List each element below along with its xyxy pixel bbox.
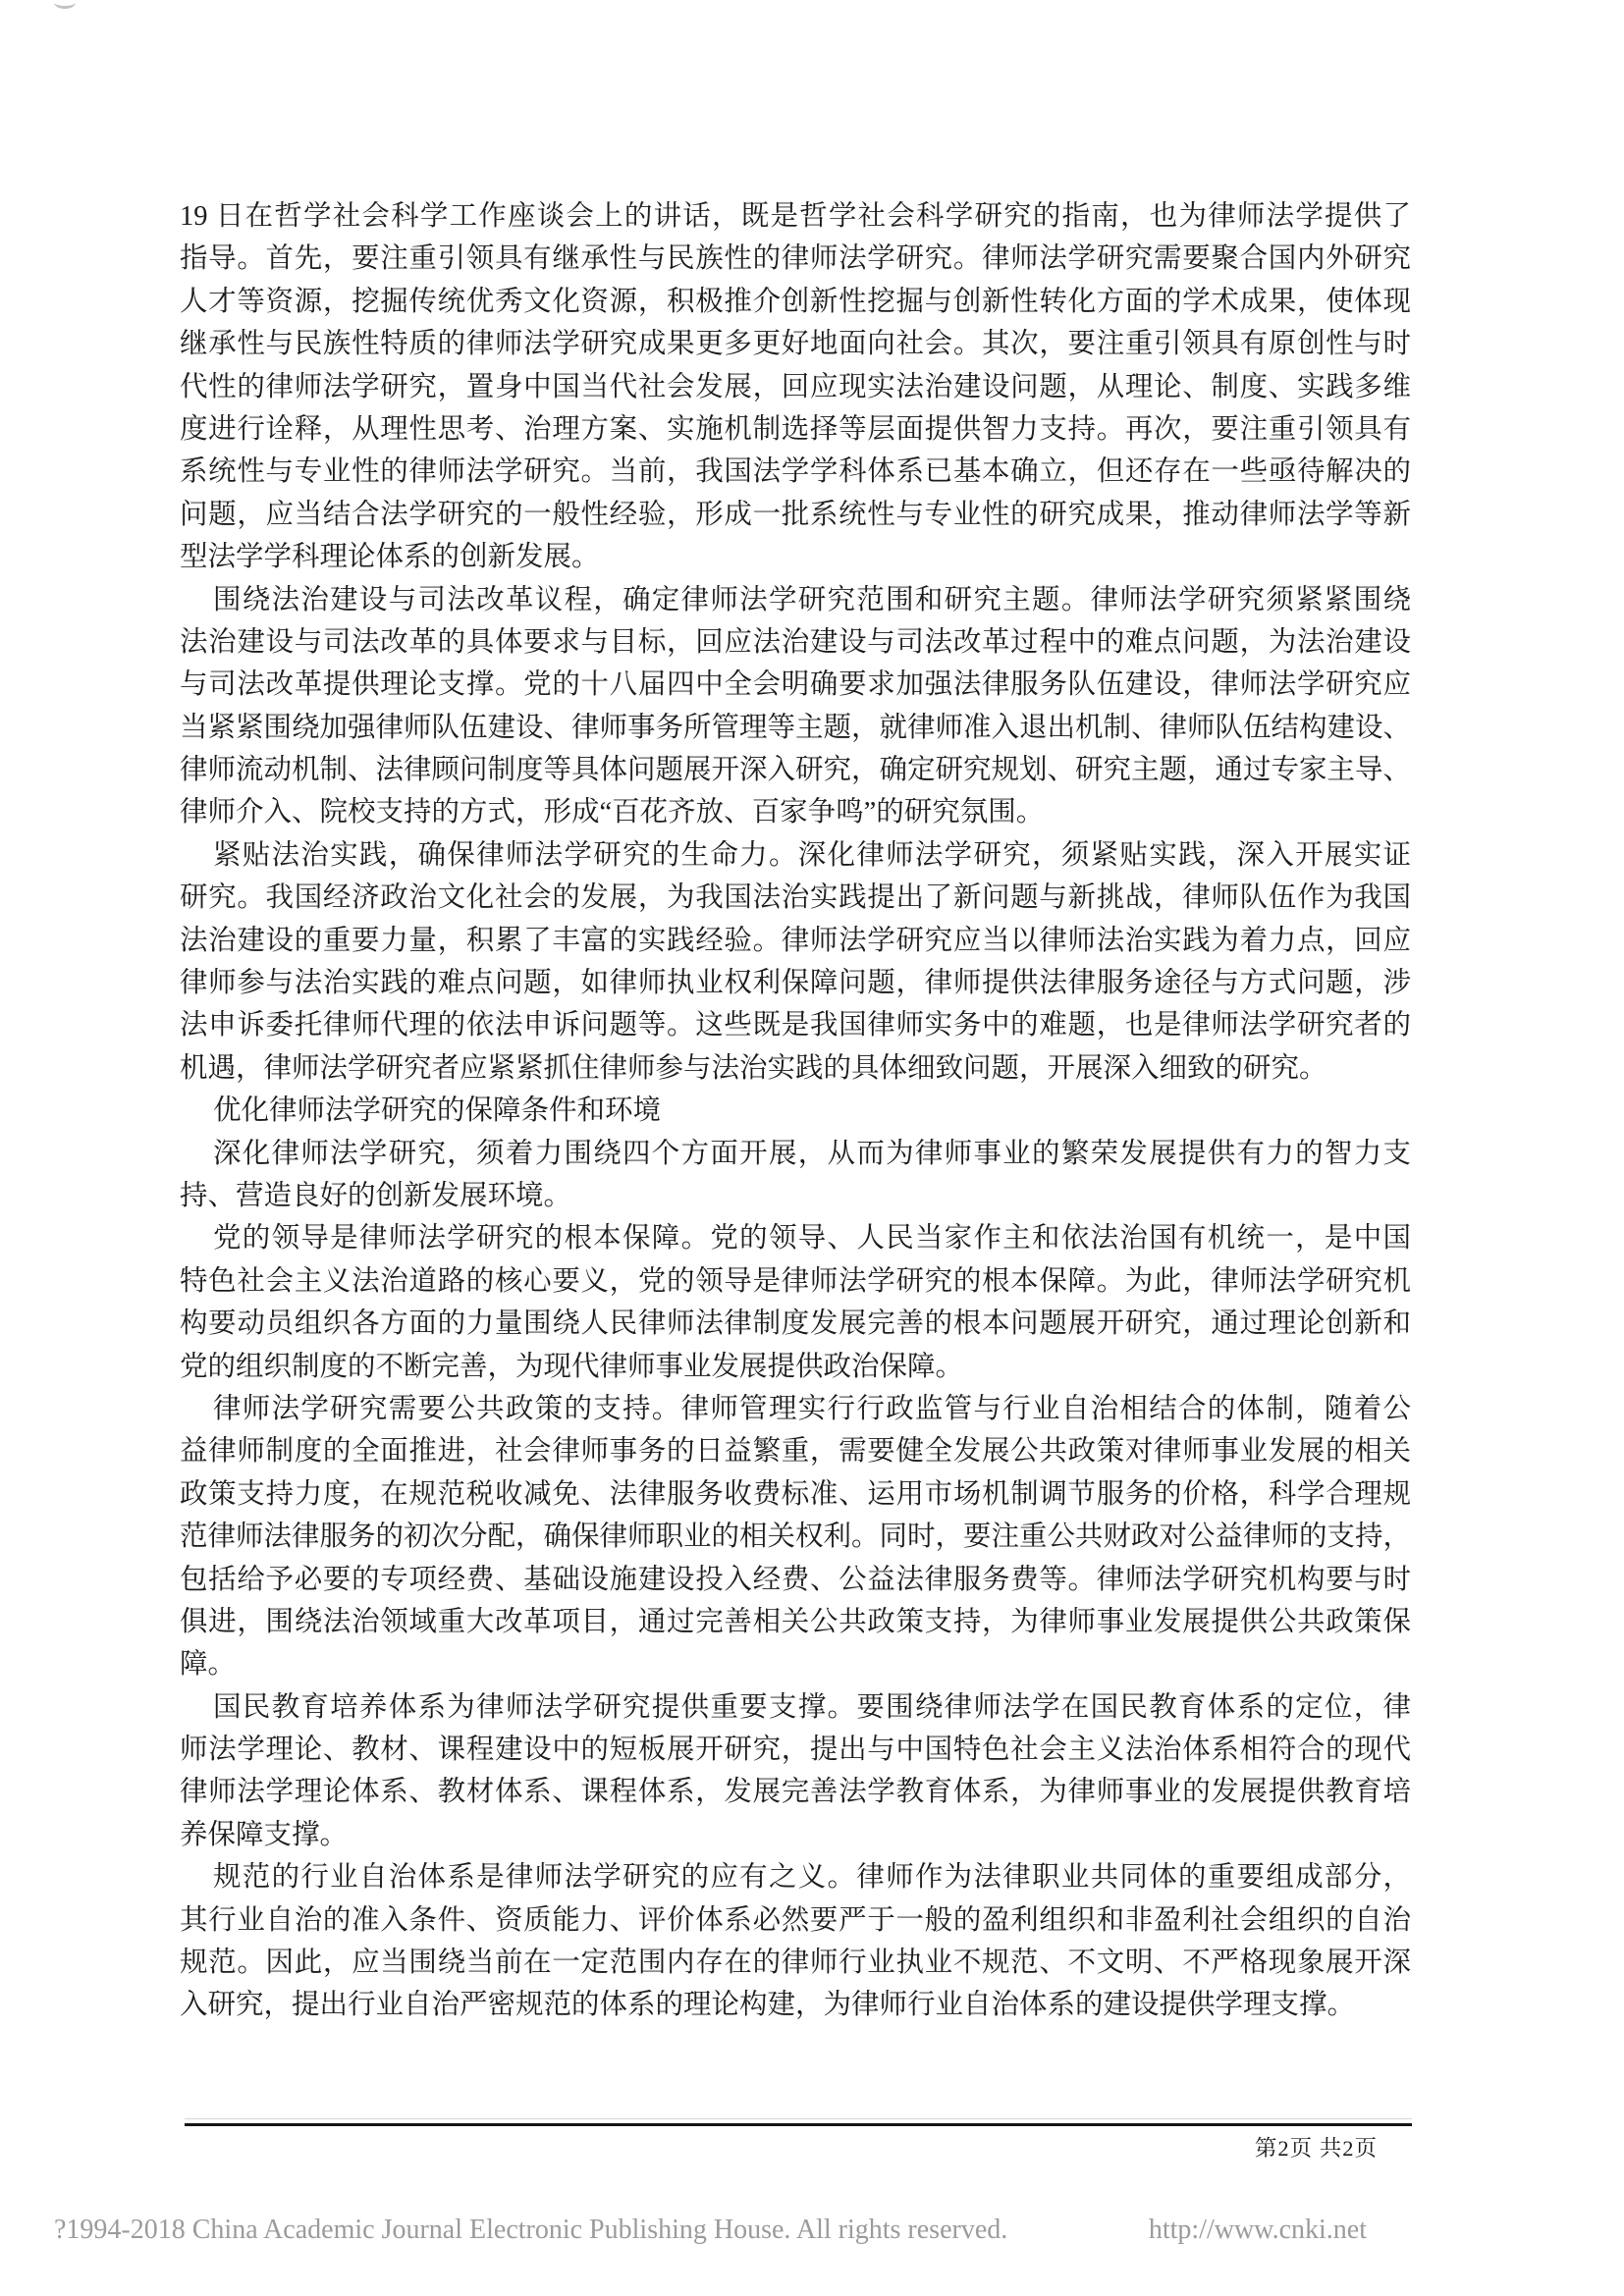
- scan-artifact: [54, 0, 76, 9]
- text-line: 与司法改革提供理论支撑。党的十八届四中全会明确要求加强法律服务队伍建设，律师法学…: [180, 664, 1411, 706]
- text-line: 法治建设的重要力量，积累了丰富的实践经验。律师法学研究应当以律师法治实践为着力点…: [180, 920, 1411, 962]
- page-number: 第2页 共2页: [1255, 2131, 1378, 2163]
- text-line: 律师介入、院校支持的方式，形成“百花齐放、百家争鸣”的研究氛围。: [180, 791, 1411, 833]
- text-line: 法治建设与司法改革的具体要求与目标，回应法治建设与司法改革过程中的难点问题，为法…: [180, 621, 1411, 664]
- text-line: 代性的律师法学研究，置身中国当代社会发展，回应现实法治建设问题，从理论、制度、实…: [180, 366, 1411, 408]
- text-line: 19 日在哲学社会科学工作座谈会上的讲话，既是哲学社会科学研究的指南，也为律师法…: [180, 195, 1411, 238]
- text-line: 师法学理论、教材、课程建设中的短板展开研究，提出与中国特色社会主义法治体系相符合…: [180, 1729, 1411, 1771]
- text-line: 益律师制度的全面推进，社会律师事务的日益繁重，需要健全发展公共政策对律师事业发展…: [180, 1430, 1411, 1472]
- text-line: 规范。因此，应当围绕当前在一定范围内存在的律师行业执业不规范、不文明、不严格现象…: [180, 1942, 1411, 1984]
- text-line: 深化律师法学研究，须着力围绕四个方面开展，从而为律师事业的繁荣发展提供有力的智力…: [180, 1133, 1411, 1175]
- text-line: 养保障支撑。: [180, 1814, 1411, 1856]
- text-line: 度进行诠释，从理性思考、治理方案、实施机制选择等层面提供智力支持。再次，要注重引…: [180, 408, 1411, 451]
- footer-rule-faint: [185, 2118, 1412, 2119]
- text-line: 律师法学研究需要公共政策的支持。律师管理实行行政监管与行业自治相结合的体制，随着…: [180, 1388, 1411, 1430]
- text-line: 机遇，律师法学研究者应紧紧抓住律师参与法治实践的具体细致问题，开展深入细致的研究…: [180, 1047, 1411, 1090]
- text-line: 紧贴法治实践，确保律师法学研究的生命力。深化律师法学研究，须紧贴实践，深入开展实…: [180, 834, 1411, 877]
- text-line: 党的领导是律师法学研究的根本保障。党的领导、人民当家作主和依法治国有机统一，是中…: [180, 1217, 1411, 1259]
- publisher-url: http://www.cnki.net: [1149, 2215, 1367, 2246]
- text-line: 包括给予必要的专项经费、基础设施建设投入经费、公益法律服务费等。律师法学研究机构…: [180, 1559, 1411, 1601]
- text-line: 型法学学科理论体系的创新发展。: [180, 536, 1411, 578]
- text-line: 问题，应当结合法学研究的一般性经验，形成一批系统性与专业性的研究成果，推动律师法…: [180, 494, 1411, 536]
- text-line: 研究。我国经济政治文化社会的发展，为我国法治实践提出了新问题与新挑战，律师队伍作…: [180, 877, 1411, 919]
- document-page: 19 日在哲学社会科学工作座谈会上的讲话，既是哲学社会科学研究的指南，也为律师法…: [0, 0, 1624, 2296]
- text-line: 围绕法治建设与司法改革议程，确定律师法学研究范围和研究主题。律师法学研究须紧紧围…: [180, 579, 1411, 621]
- text-line: 继承性与民族性特质的律师法学研究成果更多更好地面向社会。其次，要注重引领具有原创…: [180, 323, 1411, 365]
- text-line: 持、营造良好的创新发展环境。: [180, 1175, 1411, 1217]
- text-line: 优化律师法学研究的保障条件和环境: [180, 1090, 1411, 1132]
- text-line: 系统性与专业性的律师法学研究。当前，我国法学学科体系已基本确立，但还存在一些亟待…: [180, 451, 1411, 493]
- text-line: 特色社会主义法治道路的核心要义，党的领导是律师法学研究的根本保障。为此，律师法学…: [180, 1260, 1411, 1303]
- text-line: 范律师法律服务的初次分配，确保律师职业的相关权利。同时，要注重公共财政对公益律师…: [180, 1516, 1411, 1558]
- text-line: 障。: [180, 1643, 1411, 1685]
- text-line: 律师法学理论体系、教材体系、课程体系，发展完善法学教育体系，为律师事业的发展提供…: [180, 1771, 1411, 1813]
- text-line: 俱进，围绕法治领域重大改革项目，通过完善相关公共政策支持，为律师事业发展提供公共…: [180, 1601, 1411, 1643]
- text-line: 党的组织制度的不断完善，为现代律师事业发展提供政治保障。: [180, 1346, 1411, 1388]
- text-line: 规范的行业自治体系是律师法学研究的应有之义。律师作为法律职业共同体的重要组成部分…: [180, 1856, 1411, 1898]
- copyright-bar: ?1994-2018 China Academic Journal Electr…: [54, 2215, 1367, 2246]
- text-line: 其行业自治的准入条件、资质能力、评价体系必然要严于一般的盈利组织和非盈利社会组织…: [180, 1899, 1411, 1942]
- text-line: 指导。首先，要注重引领具有继承性与民族性的律师法学研究。律师法学研究需要聚合国内…: [180, 238, 1411, 280]
- text-line: 法申诉委托律师代理的依法申诉问题等。这些既是我国律师实务中的难题，也是律师法学研…: [180, 1004, 1411, 1046]
- text-line: 入研究，提出行业自治严密规范的体系的理论构建，为律师行业自治体系的建设提供学理支…: [180, 1984, 1411, 2026]
- text-line: 律师流动机制、法律顾问制度等具体问题展开深入研究，确定研究规划、研究主题，通过专…: [180, 749, 1411, 791]
- article-body: 19 日在哲学社会科学工作座谈会上的讲话，既是哲学社会科学研究的指南，也为律师法…: [180, 195, 1411, 2027]
- text-line: 当紧紧围绕加强律师队伍建设、律师事务所管理等主题，就律师准入退出机制、律师队伍结…: [180, 707, 1411, 749]
- text-line: 构要动员组织各方面的力量围绕人民律师法律制度发展完善的根本问题展开研究，通过理论…: [180, 1303, 1411, 1345]
- copyright-text: ?1994-2018 China Academic Journal Electr…: [54, 2215, 1007, 2246]
- text-line: 人才等资源，挖掘传统优秀文化资源，积极推介创新性挖掘与创新性转化方面的学术成果，…: [180, 281, 1411, 323]
- text-line: 政策支持力度，在规范税收减免、法律服务收费标准、运用市场机制调节服务的价格，科学…: [180, 1473, 1411, 1516]
- text-line: 国民教育培养体系为律师法学研究提供重要支撑。要围绕律师法学在国民教育体系的定位，…: [180, 1686, 1411, 1729]
- text-line: 律师参与法治实践的难点问题，如律师执业权利保障问题，律师提供法律服务途径与方式问…: [180, 962, 1411, 1004]
- footer-rule: [185, 2123, 1412, 2126]
